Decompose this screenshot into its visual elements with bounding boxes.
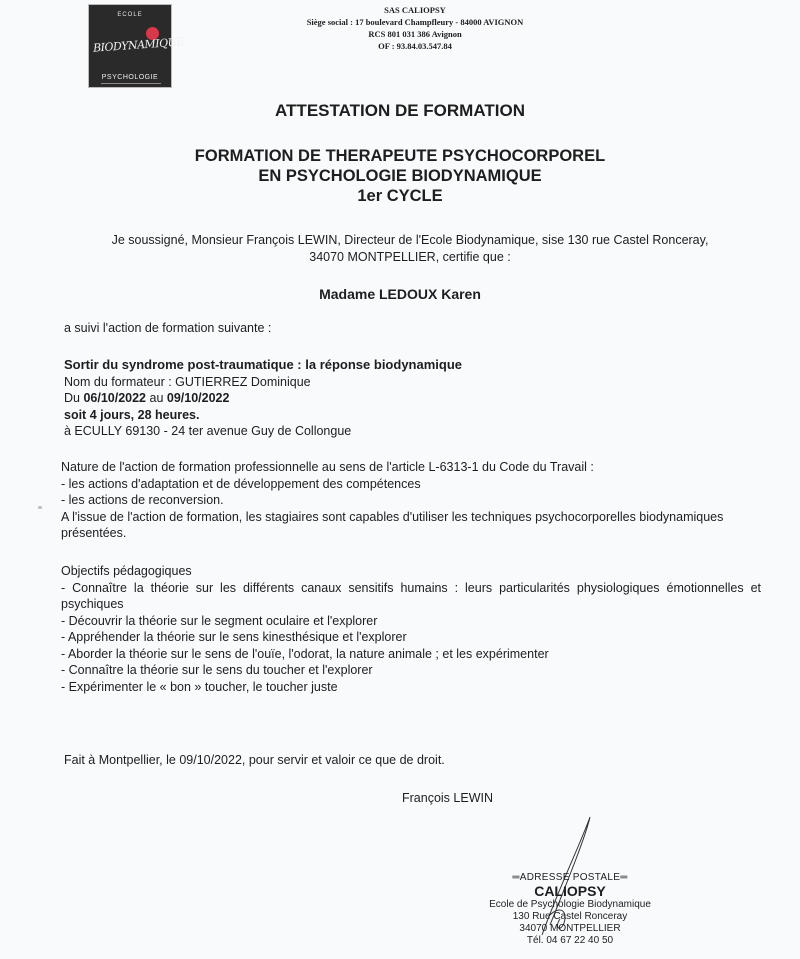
program-title-line2: EN PSYCHOLOGIE BIODYNAMIQUE	[0, 166, 800, 186]
nature-item: - les actions de reconversion.	[61, 492, 761, 509]
course-trainer: Nom du formateur : GUTIERREZ Dominique	[64, 374, 624, 391]
signer-name: François LEWIN	[402, 790, 493, 807]
nature-outcome: A l'issue de l'action de formation, les …	[61, 509, 761, 542]
company-address: Siège social : 17 boulevard Champfleury …	[300, 16, 530, 28]
program-title-line1: FORMATION DE THERAPEUTE PSYCHOCORPOREL	[0, 146, 800, 166]
postal-stamp: ═ADRESSE POSTALE═ CALIOPSY Ecole de Psyc…	[470, 872, 670, 947]
document-title: ATTESTATION DE FORMATION	[0, 101, 800, 121]
logo-name-text: BIODYNAMIQUE	[93, 36, 172, 54]
objectives-heading: Objectifs pédagogiques	[61, 563, 761, 580]
nature-heading: Nature de l'action de formation professi…	[61, 459, 761, 476]
course-duration: soit 4 jours, 28 heures.	[64, 407, 624, 424]
objective-item: - Connaître la théorie sur le sens du to…	[61, 662, 761, 679]
program-title-line3: 1er CYCLE	[0, 186, 800, 206]
objectives-section: Objectifs pédagogiques - Connaître la th…	[61, 563, 761, 695]
document-page: ECOLE BIODYNAMIQUE PSYCHOLOGIE SAS CALIO…	[0, 0, 800, 959]
objective-item: - Aborder la théorie sur le sens de l'ou…	[61, 646, 761, 663]
intro-line1: Je soussigné, Monsieur François LEWIN, D…	[20, 232, 800, 249]
objective-item: - Expérimenter le « bon » toucher, le to…	[61, 679, 761, 696]
stamp-line2: 130 Rue Castel Ronceray	[470, 911, 670, 923]
stamp-line1: Ecole de Psychologie Biodynamique	[470, 899, 670, 911]
logo-ecole-text: ECOLE	[89, 12, 171, 18]
company-rcs: RCS 801 031 386 Avignon	[300, 28, 530, 40]
closing-statement: Fait à Montpellier, le 09/10/2022, pour …	[64, 752, 445, 769]
stamp-phone: Tél. 04 67 22 40 50	[470, 935, 670, 947]
company-header: SAS CALIOPSY Siège social : 17 boulevard…	[300, 4, 530, 52]
course-details: Sortir du syndrome post-traumatique : la…	[64, 357, 624, 440]
trainee-name: Madame LEDOUX Karen	[0, 286, 800, 303]
course-location: à ECULLY 69130 - 24 ter avenue Guy de Co…	[64, 423, 624, 440]
company-of: OF : 93.84.03.547.84	[300, 40, 530, 52]
from-label: Du	[64, 391, 83, 405]
course-dates: Du 06/10/2022 au 09/10/2022	[64, 390, 624, 407]
company-name: SAS CALIOPSY	[300, 4, 530, 16]
objective-item: - Découvrir la théorie sur le segment oc…	[61, 613, 761, 630]
to-date: 09/10/2022	[167, 391, 230, 405]
to-label: au	[146, 391, 167, 405]
school-logo: ECOLE BIODYNAMIQUE PSYCHOLOGIE	[88, 4, 172, 88]
nature-section: Nature de l'action de formation professi…	[61, 459, 761, 542]
program-title: FORMATION DE THERAPEUTE PSYCHOCORPOREL E…	[0, 146, 800, 206]
stamp-name: CALIOPSY	[470, 884, 670, 899]
objective-item: - Appréhender la théorie sur le sens kin…	[61, 629, 761, 646]
course-title: Sortir du syndrome post-traumatique : la…	[64, 357, 624, 374]
nature-item: - les actions d'adaptation et de dévelop…	[61, 476, 761, 493]
logo-subtitle-text: PSYCHOLOGIE	[89, 74, 171, 81]
from-date: 06/10/2022	[83, 391, 146, 405]
intro-line2: 34070 MONTPELLIER, certifie que :	[20, 249, 800, 266]
intro-paragraph: Je soussigné, Monsieur François LEWIN, D…	[20, 232, 800, 265]
stamp-line3: 34070 MONTPELLIER	[470, 923, 670, 935]
followed-text: a suivi l'action de formation suivante :	[64, 320, 271, 337]
logo-underline	[101, 83, 161, 84]
objective-item: - Connaître la théorie sur les différent…	[61, 580, 761, 613]
scan-speck	[38, 506, 42, 509]
